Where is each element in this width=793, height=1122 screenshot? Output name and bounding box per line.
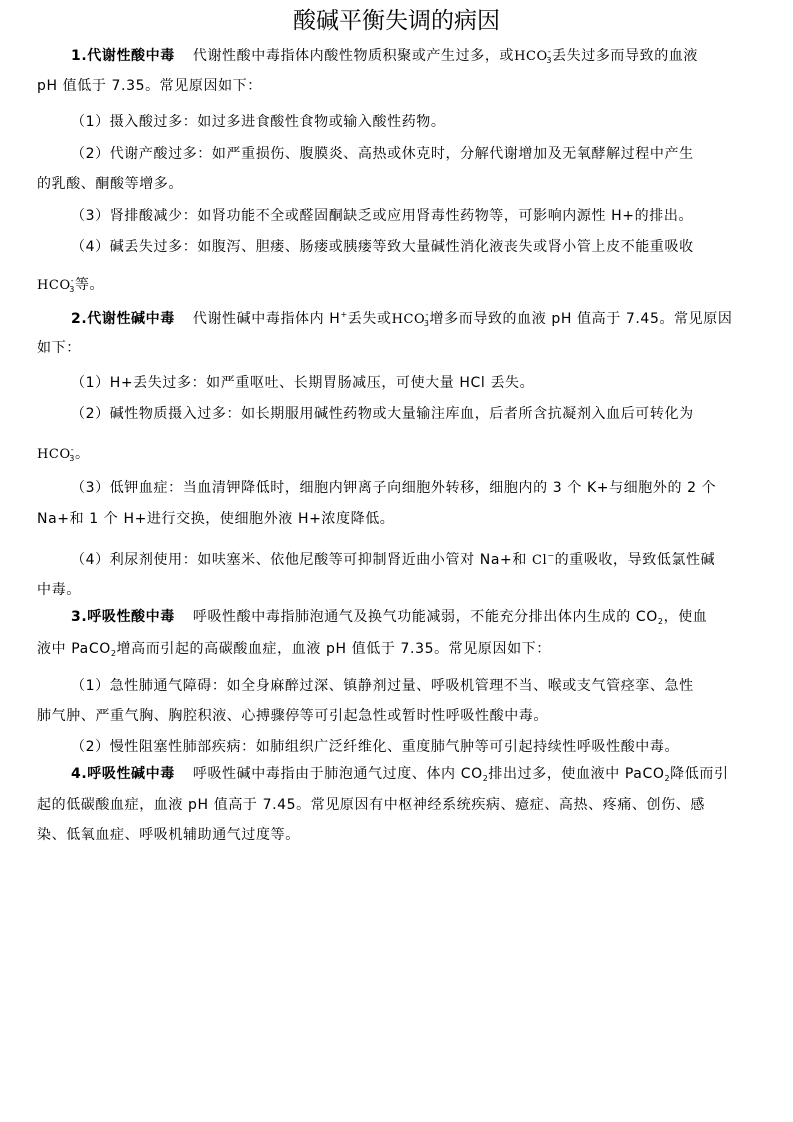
section-2-intro-line-1: 2.代谢性碱中毒代谢性碱中毒指体内 H+丢失或HCO-3增多而导致的血液 pH … bbox=[37, 305, 791, 334]
list-item-continuation: 中毒。 bbox=[37, 580, 757, 600]
section-2-intro-line-2: 如下： bbox=[37, 338, 757, 358]
list-item: （3）肾排酸减少：如肾功能不全或醛固酮缺乏或应用肾毒性药物等，可影响内源性 H+… bbox=[37, 206, 791, 226]
section-1-intro-line-1: 1.代谢性酸中毒代谢性酸中毒指体内酸性物质积聚或产生过多，或HCO-3丢失过多而… bbox=[37, 42, 791, 71]
section-heading: 2.代谢性碱中毒 bbox=[71, 311, 175, 327]
list-item: （2）碱性物质摄入过多：如长期服用碱性药物或大量输注库血，后者所含抗凝剂入血后可… bbox=[37, 404, 791, 424]
section-4-intro-line-2: 起的低碳酸血症，血液 pH 值高于 7.45。常见原因有中枢神经系统疾病、癔症、… bbox=[37, 795, 757, 815]
section-3-intro-line-1: 3.呼吸性酸中毒呼吸性酸中毒指肺泡通气及换气功能减弱，不能充分排出体内生成的 C… bbox=[37, 607, 791, 632]
list-item: （3）低钾血症：当血清钾降低时，细胞内钾离子向细胞外转移，细胞内的 3 个 K+… bbox=[37, 478, 791, 498]
list-item: （1）急性肺通气障碍：如全身麻醉过深、镇静剂过量、呼吸机管理不当、喉或支气管痉挛… bbox=[37, 676, 791, 696]
list-item: （1）摄入酸过多：如过多进食酸性食物或输入酸性药物。 bbox=[37, 112, 791, 132]
section-heading: 1.代谢性酸中毒 bbox=[71, 48, 175, 64]
section-4-intro-line-1: 4.呼吸性碱中毒呼吸性碱中毒指由于肺泡通气过度、体内 CO2排出过多，使血液中 … bbox=[37, 764, 791, 789]
list-item: （2）慢性阻塞性肺部疾病：如肺组织广泛纤维化、重度肺气肿等可引起持续性呼吸性酸中… bbox=[37, 737, 791, 757]
section-4-intro-line-3: 染、低氧血症、呼吸机辅助通气过度等。 bbox=[37, 825, 757, 845]
list-item: （1）H+丢失过多：如严重呕吐、长期胃肠减压，可使大量 HCl 丢失。 bbox=[37, 373, 791, 393]
list-item-continuation: HCO-3等。 bbox=[37, 271, 757, 300]
document-page: 酸碱平衡失调的病因 1.代谢性酸中毒代谢性酸中毒指体内酸性物质积聚或产生过多，或… bbox=[0, 0, 793, 1122]
section-3-intro-line-2: 液中 PaCO2增高而引起的高碳酸血症，血液 pH 值低于 7.35。常见原因如… bbox=[37, 639, 757, 664]
list-item-continuation: 的乳酸、酮酸等增多。 bbox=[37, 174, 757, 194]
list-item: （2）代谢产酸过多：如严重损伤、腹膜炎、高热或休克时，分解代谢增加及无氧酵解过程… bbox=[37, 144, 791, 164]
list-item-continuation: 肺气肿、严重气胸、胸腔积液、心搏骤停等可引起急性或暂时性呼吸性酸中毒。 bbox=[37, 706, 757, 726]
list-item-continuation: Na+和 1 个 H+进行交换，使细胞外液 H+浓度降低。 bbox=[37, 509, 757, 529]
list-item: （4）碱丢失过多：如腹泻、胆瘘、肠瘘或胰瘘等致大量碱性消化液丧失或肾小管上皮不能… bbox=[37, 237, 791, 257]
section-1-intro-line-2: pH 值低于 7.35。常见原因如下： bbox=[37, 76, 757, 96]
section-heading: 4.呼吸性碱中毒 bbox=[71, 766, 175, 782]
list-item: （4）利尿剂使用：如呋塞米、依他尼酸等可抑制肾近曲小管对 Na+和 Cl−的重吸… bbox=[37, 546, 791, 571]
section-heading: 3.呼吸性酸中毒 bbox=[71, 609, 175, 625]
list-item-continuation: HCO-3。 bbox=[37, 440, 757, 469]
document-title: 酸碱平衡失调的病因 bbox=[0, 6, 793, 36]
